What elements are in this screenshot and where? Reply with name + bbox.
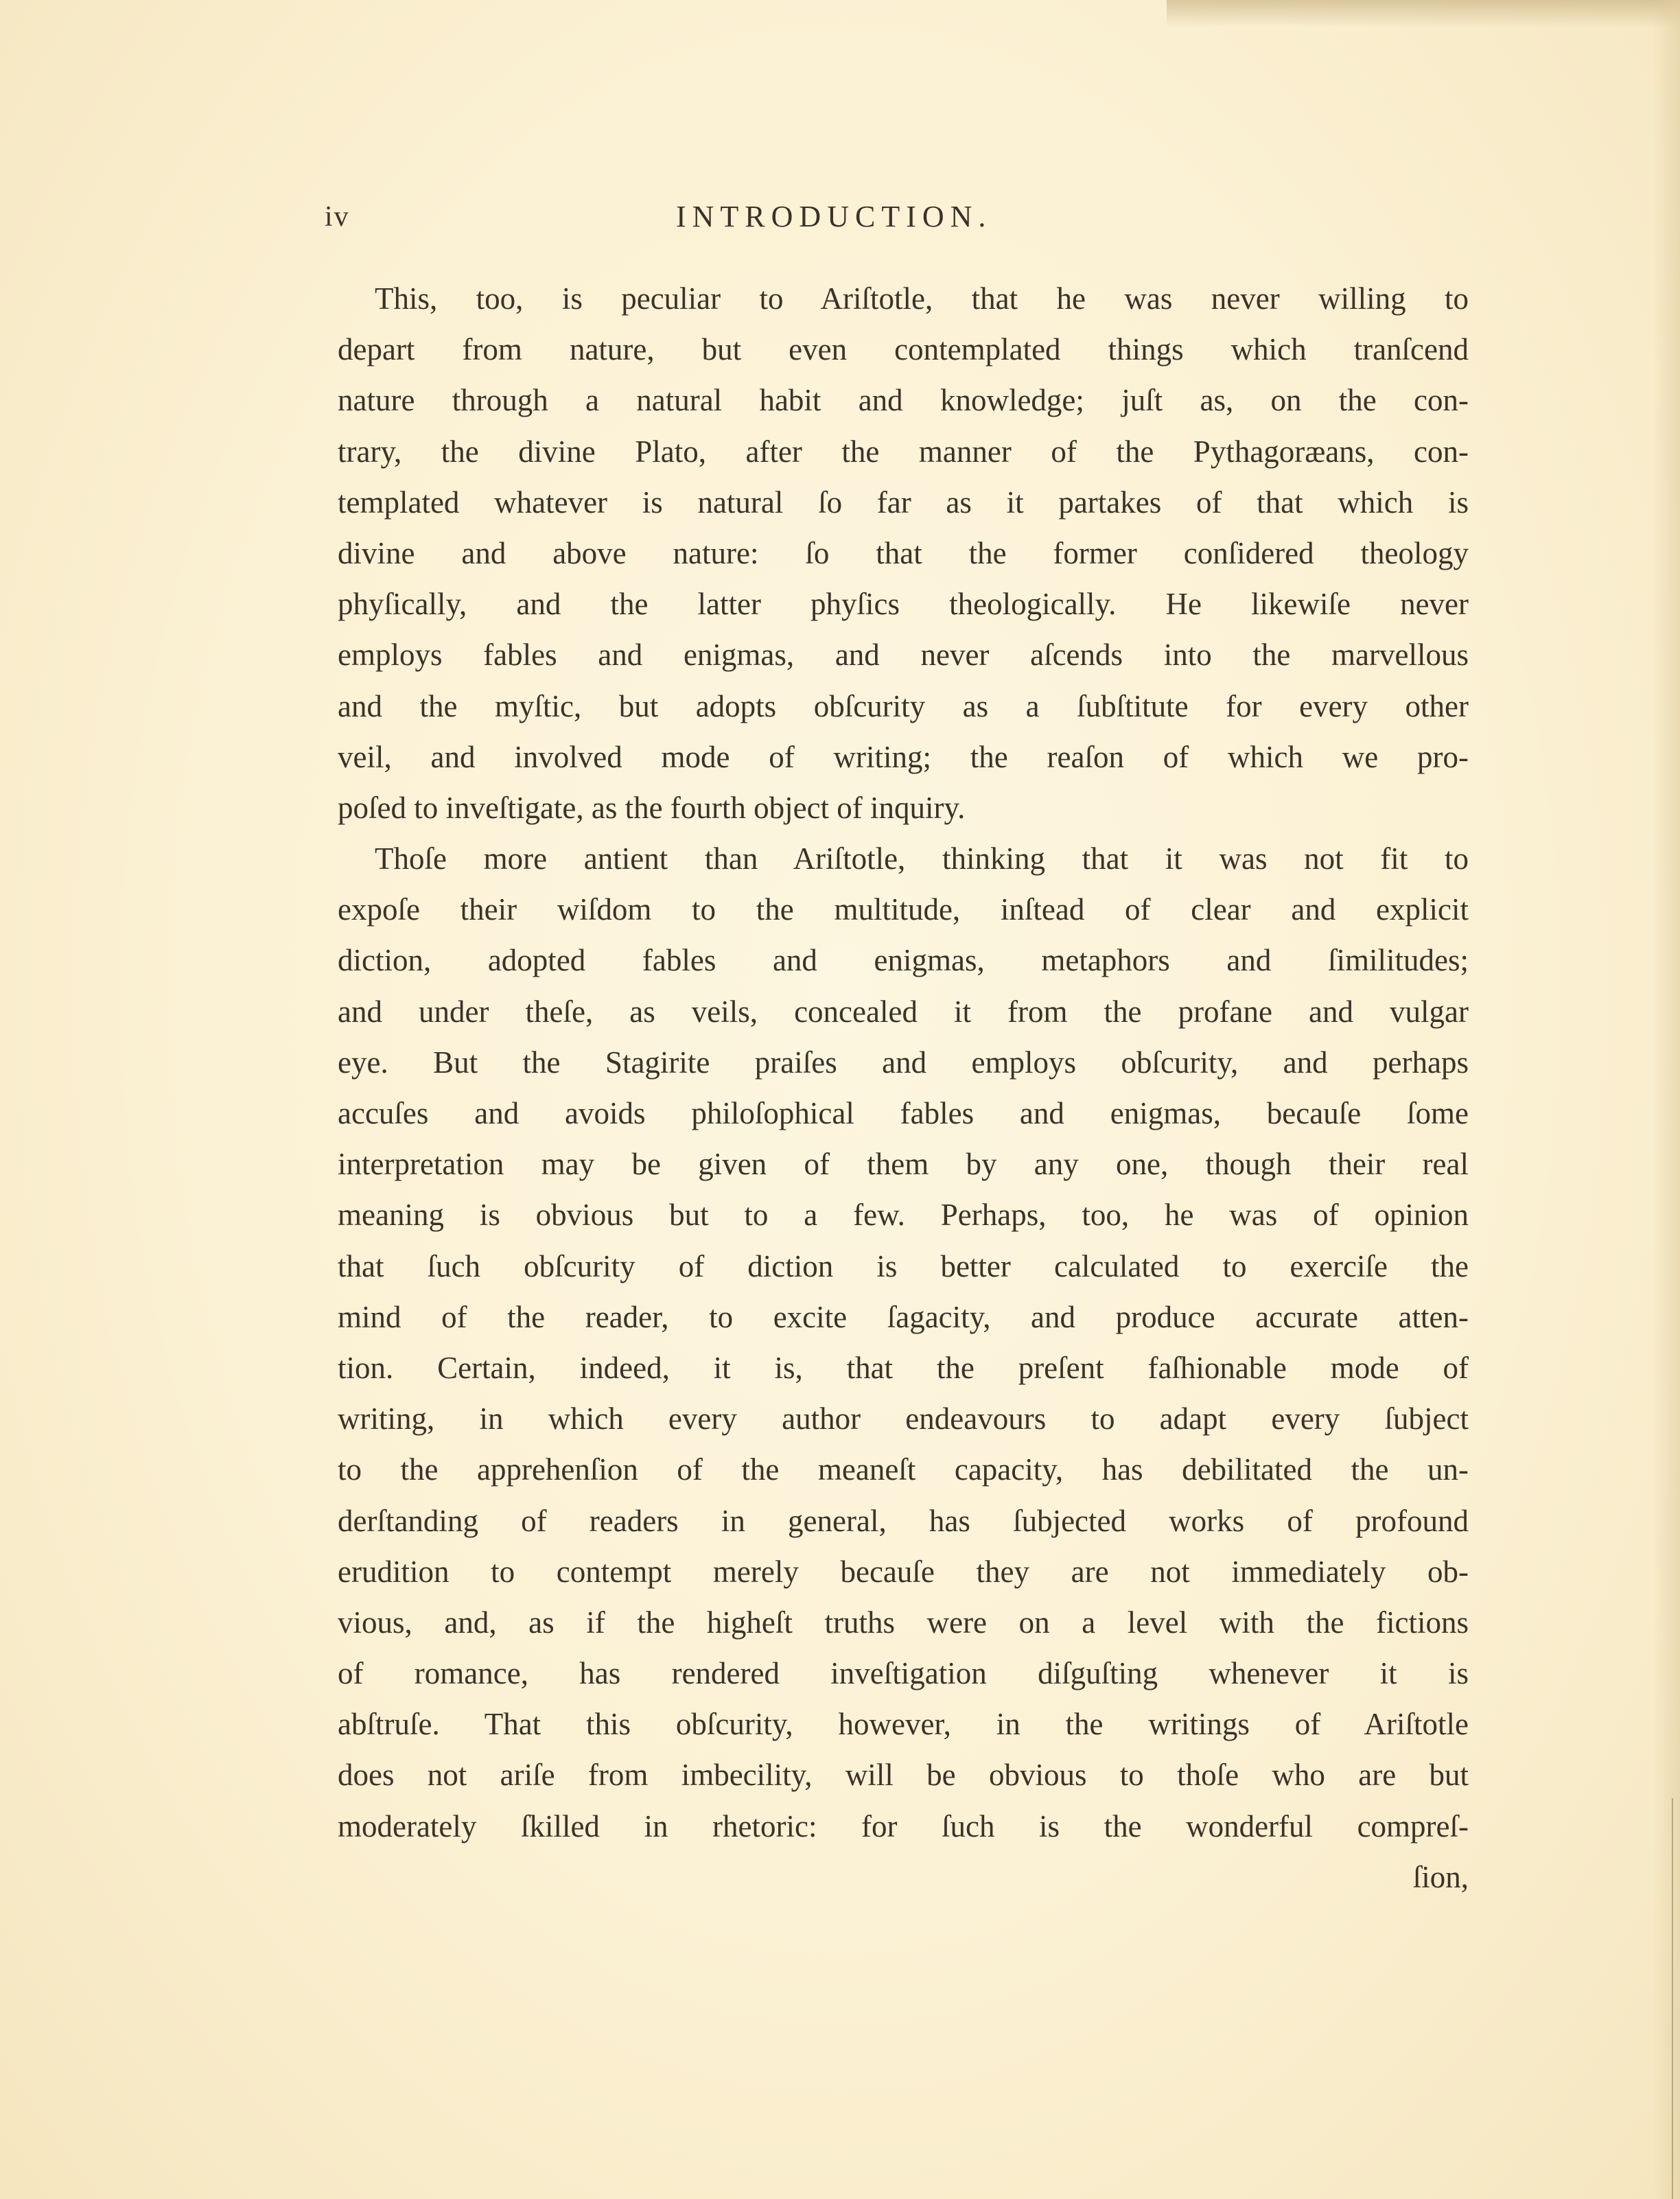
text-line: that ſuch obſcurity of diction is better… (338, 1241, 1469, 1292)
text-line: trary, the divine Plato, after the manne… (338, 426, 1469, 477)
text-line: expoſe their wiſdom to the multitude, in… (338, 884, 1469, 935)
text-line: phyſically, and the latter phyſics theol… (338, 579, 1469, 629)
text-line: vious, and, as if the higheſt truths wer… (338, 1597, 1469, 1648)
text-line: moderately ſkilled in rhetoric: for ſuch… (338, 1801, 1469, 1852)
text-line: veil, and involved mode of writing; the … (338, 732, 1469, 782)
text-line: abſtruſe. That this obſcurity, however, … (338, 1699, 1469, 1749)
text-line: of romance, has rendered inveſtigation d… (338, 1648, 1469, 1699)
catchword: ſion, (338, 1852, 1469, 1903)
page-edge-line (1672, 1798, 1673, 2199)
text-line: does not ariſe from imbecility, will be … (338, 1749, 1469, 1800)
text-line: mind of the reader, to excite ſagacity, … (338, 1292, 1469, 1342)
text-line: to the apprehenſion of the meaneſt capac… (338, 1444, 1469, 1495)
text-line: accuſes and avoids philoſophical fables … (338, 1088, 1469, 1139)
text-line: erudition to contempt merely becauſe the… (338, 1546, 1469, 1597)
text-line: poſed to inveſtigate, as the fourth obje… (338, 782, 1469, 833)
running-head: INTRODUCTION. (676, 199, 992, 234)
text-line: eye. But the Stagirite praiſes and emplo… (338, 1037, 1469, 1088)
text-line: nature through a natural habit and knowl… (338, 375, 1469, 426)
text-line: Thoſe more antient than Ariſtotle, think… (338, 833, 1469, 884)
text-line: and under theſe, as veils, concealed it … (338, 986, 1469, 1037)
text-line: This, too, is peculiar to Ariſtotle, tha… (338, 273, 1469, 324)
text-line: depart from nature, but even contemplate… (338, 324, 1469, 375)
text-line: and the myſtic, but adopts obſcurity as … (338, 681, 1469, 732)
page-edge-shadow (1653, 0, 1680, 2199)
page-number: iv (325, 200, 350, 233)
text-line: writing, in which every author endeavour… (338, 1393, 1469, 1444)
body-text: This, too, is peculiar to Ariſtotle, tha… (338, 273, 1469, 1903)
text-line: interpretation may be given of them by a… (338, 1139, 1469, 1189)
text-line: tion. Certain, indeed, it is, that the p… (338, 1342, 1469, 1393)
text-line: derſtanding of readers in general, has ſ… (338, 1496, 1469, 1546)
text-line: employs fables and enigmas, and never aſ… (338, 629, 1469, 680)
text-line: meaning is obvious but to a few. Perhaps… (338, 1189, 1469, 1240)
paper-stain (1167, 0, 1680, 27)
text-line: templated whatever is natural ſo far as … (338, 477, 1469, 528)
text-line: divine and above nature: ſo that the for… (338, 528, 1469, 579)
text-line: diction, adopted fables and enigmas, met… (338, 935, 1469, 986)
